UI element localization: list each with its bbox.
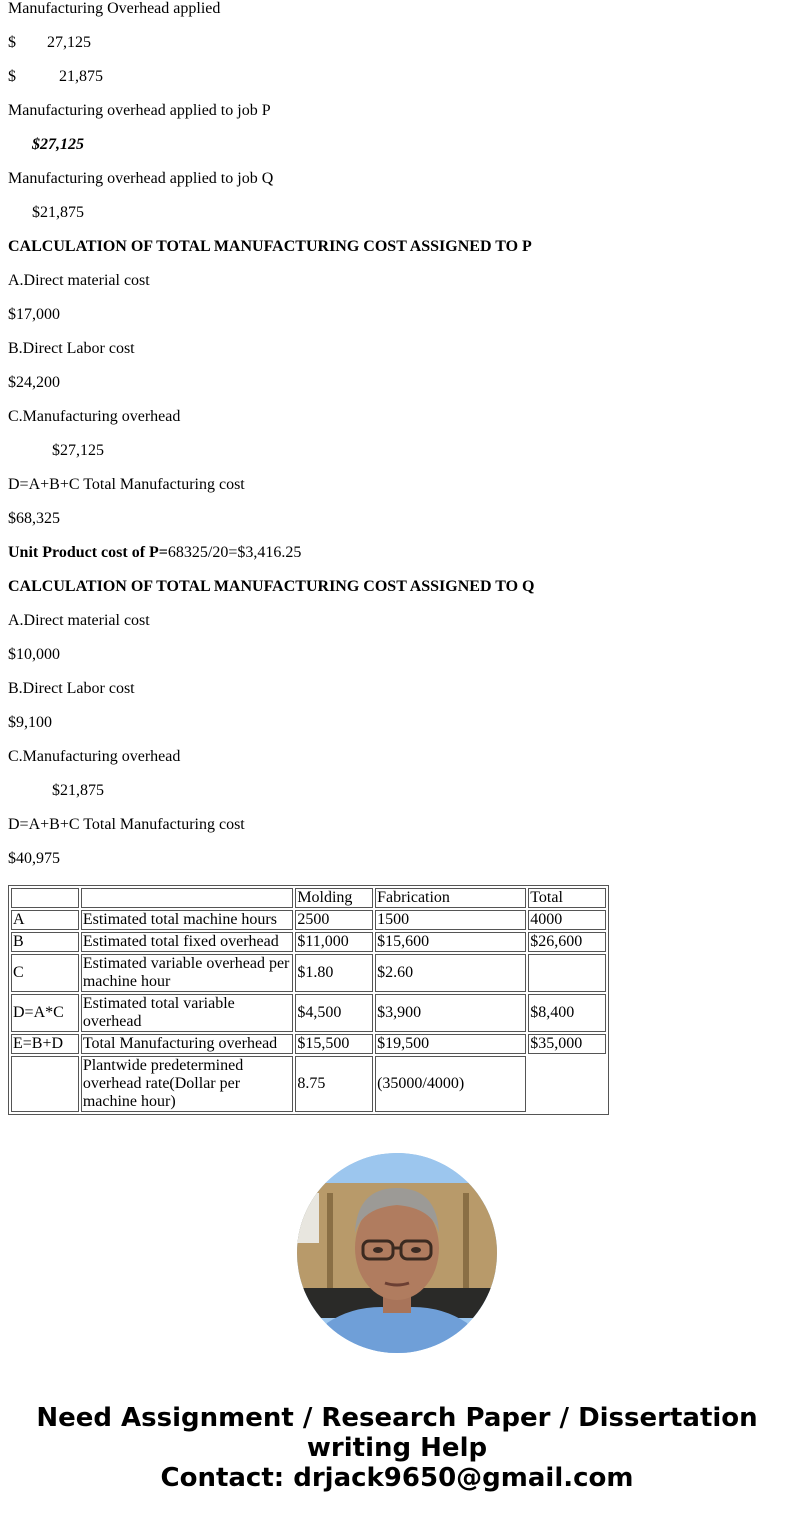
table-header-cell: Molding [295, 888, 373, 908]
job-p-overhead-label-2: C.Manufacturing overhead [8, 408, 786, 442]
job-p-overhead-value-2: $27,125 [8, 442, 786, 476]
table-cell: $26,600 [528, 932, 606, 952]
table-cell: Total Manufacturing overhead [81, 1034, 294, 1054]
table-cell: 2500 [295, 910, 373, 930]
job-p-total-value: $68,325 [8, 510, 786, 544]
job-q-overhead-label-2: C.Manufacturing overhead [8, 748, 786, 782]
promo-contact: Contact: drjack9650@gmail.com [0, 1463, 794, 1493]
table-cell: D=A*C [11, 994, 79, 1032]
table-header-cell: Fabrication [375, 888, 526, 908]
table-cell: Estimated total fixed overhead [81, 932, 294, 952]
table-cell: $3,900 [375, 994, 526, 1032]
job-q-overhead-label: Manufacturing overhead applied to job Q [8, 170, 786, 204]
table-cell: $11,000 [295, 932, 373, 952]
table-cell: $35,000 [528, 1034, 606, 1054]
job-p-overhead-label: Manufacturing overhead applied to job P [8, 102, 786, 136]
job-p-labor-label: B.Direct Labor cost [8, 340, 786, 374]
table-header-cell [81, 888, 294, 908]
table-cell: $15,600 [375, 932, 526, 952]
table-cell: E=B+D [11, 1034, 79, 1054]
author-avatar [297, 1153, 497, 1353]
table-cell [11, 1056, 79, 1112]
overhead-table: MoldingFabricationTotalAEstimated total … [8, 885, 609, 1115]
person-photo-icon [297, 1153, 497, 1353]
document-body: Manufacturing Overhead applied $27,125 $… [0, 0, 794, 884]
table-cell: $15,500 [295, 1034, 373, 1054]
table-row: E=B+DTotal Manufacturing overhead$15,500… [11, 1034, 606, 1054]
job-p-unit-cost: Unit Product cost of P=68325/20=$3,416.2… [8, 544, 786, 578]
job-q-overhead-value-2: $21,875 [8, 782, 786, 816]
job-q-heading: CALCULATION OF TOTAL MANUFACTURING COST … [8, 578, 786, 612]
overhead-applied-heading: Manufacturing Overhead applied [8, 0, 786, 34]
table-row: CEstimated variable overhead per machine… [11, 954, 606, 992]
overhead-value-2: 21,875 [59, 68, 103, 85]
job-q-overhead-value: $21,875 [8, 204, 786, 238]
job-p-labor-value: $24,200 [8, 374, 786, 408]
table-header-row: MoldingFabricationTotal [11, 888, 606, 908]
table-cell: B [11, 932, 79, 952]
currency-symbol: $ [8, 34, 16, 51]
overhead-line-2: $21,875 [8, 68, 786, 102]
currency-symbol: $ [8, 68, 16, 85]
table-row: Plantwide predetermined overhead rate(Do… [11, 1056, 606, 1112]
table-cell: $19,500 [375, 1034, 526, 1054]
table-cell: Estimated total variable overhead [81, 994, 294, 1032]
table-cell: 4000 [528, 910, 606, 930]
overhead-value-1: 27,125 [47, 34, 91, 51]
table-cell: Estimated total machine hours [81, 910, 294, 930]
table-row: D=A*CEstimated total variable overhead$4… [11, 994, 606, 1032]
table-cell: $2.60 [375, 954, 526, 992]
table-cell: 8.75 [295, 1056, 373, 1112]
job-q-material-value: $10,000 [8, 646, 786, 680]
job-q-material-label: A.Direct material cost [8, 612, 786, 646]
table-cell: Plantwide predetermined overhead rate(Do… [81, 1056, 294, 1112]
unit-cost-value: 68325/20=$3,416.25 [168, 544, 301, 561]
table-header-cell: Total [528, 888, 606, 908]
table-cell: (35000/4000) [375, 1056, 526, 1112]
table-cell: $4,500 [295, 994, 373, 1032]
job-p-material-label: A.Direct material cost [8, 272, 786, 306]
job-p-total-label: D=A+B+C Total Manufacturing cost [8, 476, 786, 510]
table-cell [528, 954, 606, 992]
job-q-labor-value: $9,100 [8, 714, 786, 748]
table-row: AEstimated total machine hours2500150040… [11, 910, 606, 930]
job-p-heading: CALCULATION OF TOTAL MANUFACTURING COST … [8, 238, 786, 272]
job-q-total-value: $40,975 [8, 850, 786, 884]
job-p-material-value: $17,000 [8, 306, 786, 340]
promo-banner: Need Assignment / Research Paper / Disse… [0, 1403, 794, 1493]
job-p-overhead-value: $27,125 [8, 136, 786, 170]
job-q-total-label: D=A+B+C Total Manufacturing cost [8, 816, 786, 850]
table-row: BEstimated total fixed overhead$11,000$1… [11, 932, 606, 952]
table-cell: Estimated variable overhead per machine … [81, 954, 294, 992]
table-cell: $1.80 [295, 954, 373, 992]
overhead-line-1: $27,125 [8, 34, 786, 68]
table-cell: $8,400 [528, 994, 606, 1032]
promo-line-1: Need Assignment / Research Paper / Disse… [0, 1403, 794, 1463]
table-cell: A [11, 910, 79, 930]
table-cell: C [11, 954, 79, 992]
table-header-cell [11, 888, 79, 908]
job-q-labor-label: B.Direct Labor cost [8, 680, 786, 714]
unit-cost-label: Unit Product cost of P= [8, 544, 168, 561]
table-cell: 1500 [375, 910, 526, 930]
